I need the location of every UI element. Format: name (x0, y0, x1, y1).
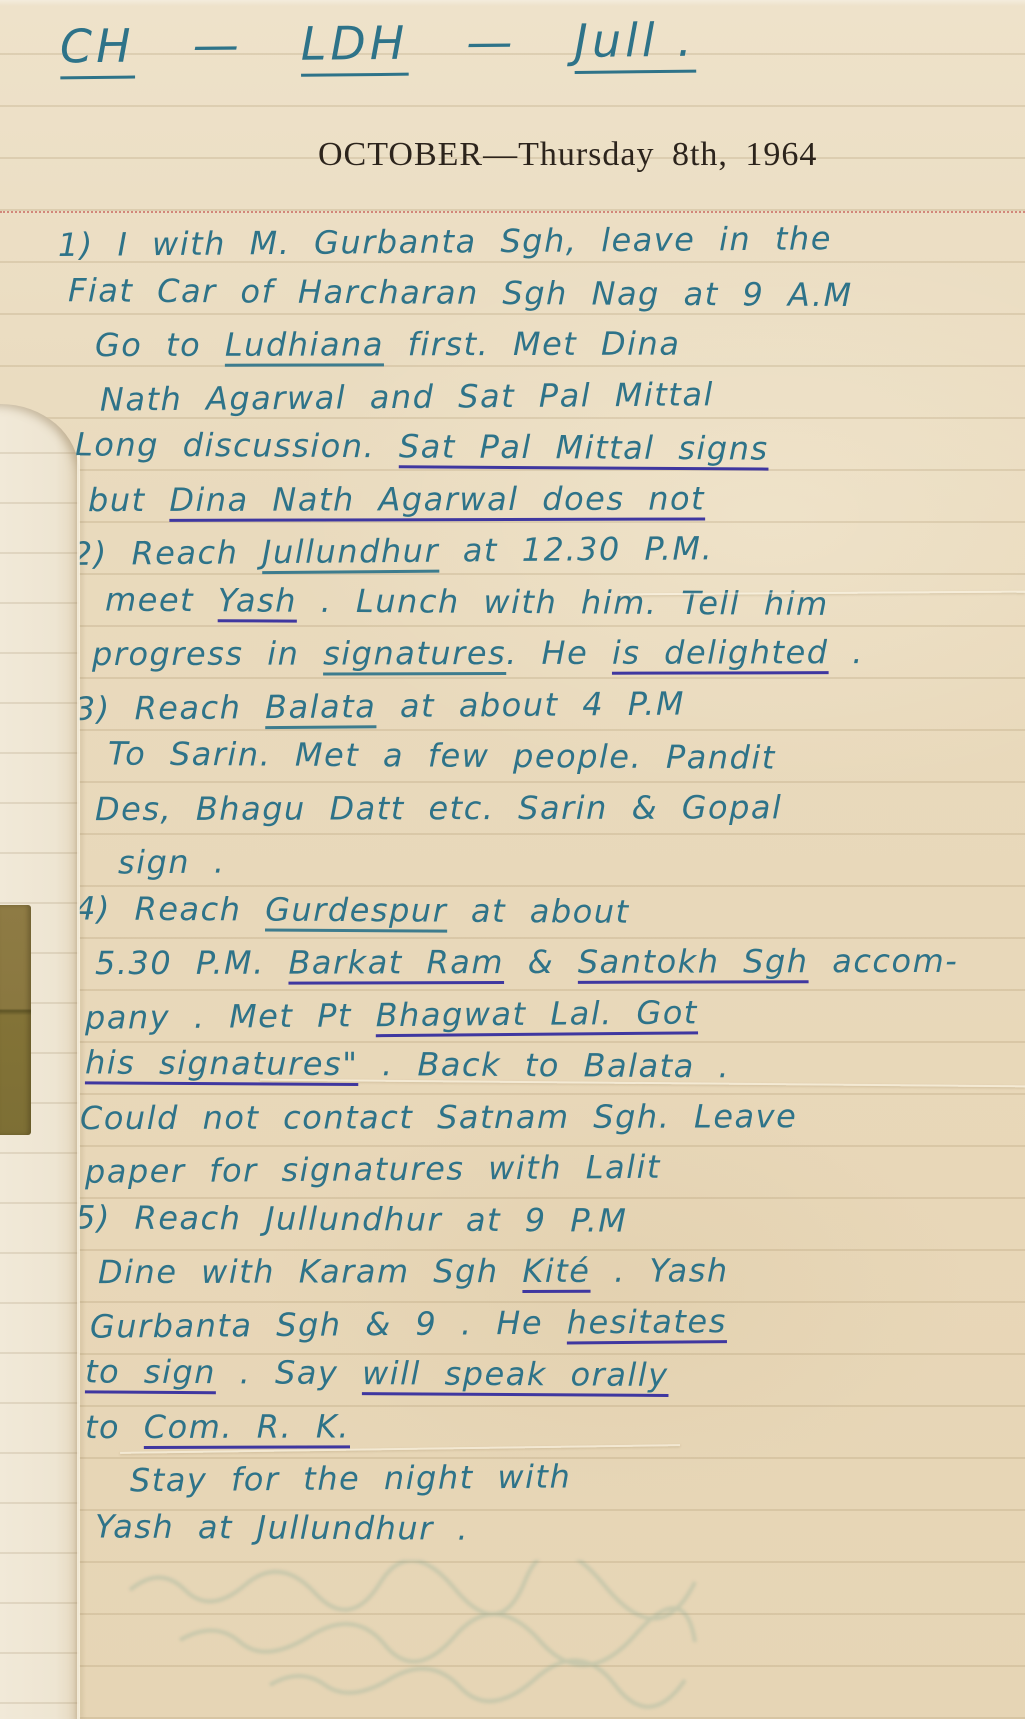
handwritten-text: 5) Reach Jullundhur at 9 P.M (75, 1198, 628, 1239)
underlined-phrase: Ludhiana (225, 325, 384, 363)
underlined-phrase: Kité (522, 1252, 590, 1290)
underlined-phrase: to sign (85, 1352, 216, 1391)
printed-date-header: OCTOBER—Thursday 8th, 1964 (318, 136, 817, 174)
underlined-phrase: is delighted (612, 633, 829, 672)
handwritten-line: To Sarin. Met a few people. Pandit (0, 734, 1025, 792)
handwritten-text: Stay for the night with (130, 1457, 572, 1499)
underlined-phrase: will speak orally (362, 1354, 669, 1394)
handwriting-block: 1) I with M. Gurbanta Sgh, leave in theF… (0, 222, 1025, 1561)
underlined-phrase: signatures (323, 634, 506, 672)
route-dash: — (192, 17, 243, 72)
handwritten-line: sign . (0, 836, 1025, 896)
handwritten-line: 3) Reach Balata at about 4 P.M (0, 681, 1025, 741)
route-token: Jull . (574, 13, 696, 68)
handwritten-line: progress in signatures. He is delighted … (0, 633, 1025, 687)
handwritten-line: Yash at Jullundhur . (0, 1506, 1025, 1564)
handwritten-line: 1) I with M. Gurbanta Sgh, leave in the (0, 218, 1025, 278)
handwritten-text: accom- (808, 942, 958, 980)
page-top-edge (0, 0, 1025, 6)
handwritten-line: Gurbanta Sgh & 9 . He hesitates (0, 1299, 1025, 1359)
underlined-phrase: Bhagwat Lal. Got (375, 993, 698, 1034)
handwritten-text: at 12.30 P.M. (439, 529, 713, 569)
handwritten-text: Could not contact Satnam Sgh. Leave (80, 1097, 797, 1137)
handwritten-text: 5.30 P.M. (95, 944, 289, 983)
underlined-phrase: Santokh Sgh (578, 942, 809, 981)
handwritten-line: to Com. R. K. (0, 1405, 1025, 1459)
handwritten-text: . Lunch with him. Tell him (297, 581, 829, 622)
underlined-phrase: Com. R. K. (144, 1407, 350, 1446)
underlined-phrase: Dina Nath Agarwal does not (169, 479, 705, 518)
handwritten-text: Fiat Car of Harcharan Sgh Nag at 9 A.M (68, 271, 853, 314)
underlined-phrase: Barkat Ram (288, 943, 504, 982)
underlined-phrase: his signatures" (85, 1043, 359, 1083)
handwritten-line: his signatures" . Back to Balata . (0, 1043, 1025, 1101)
handwritten-line: 5.30 P.M. Barkat Ram & Santokh Sgh accom… (0, 942, 1025, 996)
route-token: LDH (300, 16, 408, 71)
handwritten-text: sign . (118, 843, 226, 882)
handwritten-text: 1) I with M. Gurbanta Sgh, leave in the (58, 219, 832, 264)
route-header: CH—LDH—Jull . (60, 13, 696, 74)
handwritten-text: to (85, 1407, 144, 1445)
handwritten-text: progress in (92, 634, 323, 673)
handwritten-line: Fiat Car of Harcharan Sgh Nag at 9 A.M (0, 270, 1025, 328)
handwritten-line: 4) Reach Gurdespur at about (0, 888, 1025, 946)
underlined-phrase: Sat Pal Mittal signs (399, 427, 769, 467)
handwritten-line: Could not contact Satnam Sgh. Leave (0, 1096, 1025, 1150)
handwritten-line: Des, Bhagu Datt etc. Sarin & Gopal (0, 787, 1025, 841)
handwritten-text: Long discussion. (75, 425, 399, 465)
handwritten-line: to sign . Say will speak orally (0, 1352, 1025, 1410)
route-token: CH (60, 19, 135, 74)
handwritten-text: . He (506, 634, 612, 672)
handwritten-text: . Back to Balata . (358, 1045, 730, 1085)
ink-bleed-through (120, 1560, 880, 1710)
handwritten-text: Yash at Jullundhur . (95, 1507, 469, 1547)
handwritten-text: 3) Reach (75, 688, 265, 728)
handwritten-text: 4) Reach (75, 889, 265, 928)
handwritten-line: 2) Reach Jullundhur at 12.30 P.M. (0, 527, 1025, 587)
handwritten-line: Dine with Karam Sgh Kité . Yash (0, 1251, 1025, 1305)
handwritten-text: meet (105, 580, 218, 619)
underlined-phrase: hesitates (567, 1302, 727, 1341)
handwritten-text: . (829, 633, 864, 671)
handwritten-line: Stay for the night with (0, 1454, 1025, 1514)
handwritten-text: Gurbanta Sgh & 9 . He (90, 1303, 567, 1345)
handwritten-text: first. Met Dina (384, 325, 681, 364)
handwritten-text: paper for signatures with Lalit (85, 1148, 661, 1191)
diary-page: CH—LDH—Jull . OCTOBER—Thursday 8th, 1964… (0, 0, 1025, 1719)
underlined-phrase: Yash (218, 581, 297, 619)
handwritten-line: 5) Reach Jullundhur at 9 P.M (0, 1197, 1025, 1255)
handwritten-line: paper for signatures with Lalit (0, 1145, 1025, 1205)
handwritten-text: To Sarin. Met a few people. Pandit (108, 735, 776, 777)
handwritten-line: Go to Ludhiana first. Met Dina (0, 324, 1025, 378)
underlined-phrase: Jullundhur (262, 532, 439, 572)
handwritten-text: & (504, 943, 578, 981)
handwritten-line: but Dina Nath Agarwal does not (0, 478, 1025, 532)
handwritten-text: at about 4 P.M (376, 684, 685, 725)
handwritten-text: but (88, 480, 169, 518)
handwritten-text: . Yash (590, 1251, 728, 1289)
red-rule (0, 211, 1025, 213)
underlined-phrase: Balata (265, 687, 377, 726)
route-dash: — (466, 15, 517, 70)
handwritten-text: Des, Bhagu Datt etc. Sarin & Gopal (95, 788, 782, 828)
handwritten-text: . Say (216, 1353, 362, 1392)
handwritten-line: Long discussion. Sat Pal Mittal signs (0, 425, 1025, 483)
handwritten-text: 2) Reach (72, 533, 262, 573)
handwritten-text: at about (447, 891, 630, 930)
tape-fragment (0, 905, 31, 1135)
handwritten-text: Go to (95, 326, 225, 364)
handwritten-text: pany . Met Pt (85, 996, 376, 1037)
underlined-phrase: Gurdespur (265, 890, 447, 929)
handwritten-line: Nath Agarwal and Sat Pal Mittal (0, 372, 1025, 432)
page-edge (77, 455, 80, 1719)
handwritten-line: meet Yash . Lunch with him. Tell him (0, 579, 1025, 637)
handwritten-text: Dine with Karam Sgh (98, 1252, 522, 1291)
handwritten-text: Nath Agarwal and Sat Pal Mittal (100, 375, 714, 418)
handwritten-line: pany . Met Pt Bhagwat Lal. Got (0, 990, 1025, 1050)
